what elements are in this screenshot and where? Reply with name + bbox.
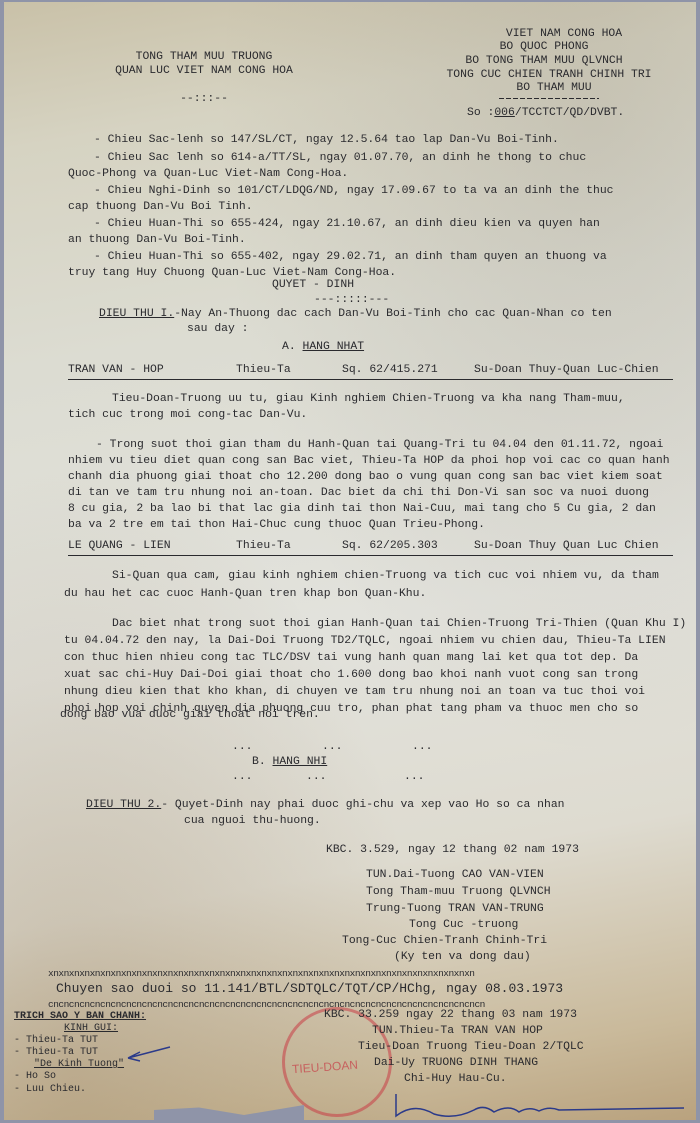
article-1: DIEU THU I.-Nay An-Thuong dac cach Dan-V…	[99, 309, 612, 320]
recipient-1-unit: Su-Doan Thuy-Quan Luc-Chien	[474, 365, 659, 376]
signature-2-line: Chi-Huy Hau-Cu.	[404, 1074, 507, 1085]
header-right-line5: BO THAM MUU	[464, 83, 644, 94]
signature-2-line: TUN.Thieu-Ta TRAN VAN HOP	[372, 1026, 543, 1037]
header-divider	[499, 98, 599, 99]
recipient-2-name: LE QUANG - LIEN	[68, 541, 171, 552]
recipient-1-underline	[68, 379, 673, 380]
recipient-1-para2: chanh dia phuong giai thoat cho 12.200 d…	[68, 472, 663, 483]
distribution-heading: TRICH SAO Y BAN CHANH:	[14, 1012, 146, 1022]
copy-note: Chuyen sao duoi so 11.141/BTL/SDTQLC/TQT…	[56, 982, 563, 995]
recipient-1-para1: Tieu-Doan-Truong uu tu, giau Kinh nghiem…	[112, 394, 625, 405]
section-b-dots: ...	[306, 772, 327, 783]
recipient-1-service-no: Sq. 62/415.271	[342, 365, 438, 376]
signature-1-line: Tong Cuc -truong	[409, 920, 518, 931]
article-1-label: DIEU THU I.	[99, 308, 174, 320]
preamble-line: cap thuong Dan-Vu Boi Tinh.	[68, 202, 253, 213]
recipient-2-service-no: Sq. 62/205.303	[342, 541, 438, 552]
document-page: TONG THAM MUU TRUONG QUAN LUC VIET NAM C…	[4, 2, 696, 1120]
section-b-dots: ...	[232, 742, 253, 753]
section-b: B. HANG NHI	[252, 757, 327, 768]
separator-x: xnxnxnxnxnxnxnxnxnxnxnxnxnxnxnxnxnxnxnxn…	[48, 969, 696, 979]
signature-1-line: Tong Tham-muu Truong QLVNCH	[366, 887, 551, 898]
header-right-line2: BO QUOC PHONG	[444, 42, 644, 53]
signature-1-place-date: KBC. 3.529, ngay 12 thang 02 nam 1973	[326, 845, 579, 856]
signature-2-line: Dai-Uy TRUONG DINH THANG	[374, 1058, 538, 1069]
signature-1-line: (Ky ten va dong dau)	[394, 952, 531, 963]
article-1-text2: sau day :	[187, 324, 249, 335]
recipient-2-rank: Thieu-Ta	[236, 541, 291, 552]
recipient-1-para2: nhiem vu tieu diet quan cong san Bac vie…	[68, 456, 670, 467]
recipient-1-para2: 8 cu gia, 2 ba lao bi that lac gia dinh …	[68, 504, 656, 515]
section-b-dots: ...	[412, 742, 433, 753]
preamble-line: Quoc-Phong va Quan-Luc Viet-Nam Cong-Hoa…	[68, 169, 348, 180]
article-2-label: DIEU THU 2.	[86, 799, 161, 811]
section-a-title: HANG NHAT	[303, 341, 365, 353]
distribution-item: "De Kinh Tuong"	[34, 1060, 124, 1070]
signature-1-line: Tong-Cuc Chien-Tranh Chinh-Tri	[342, 936, 547, 947]
distribution-item: - Thieu-Ta TUT	[14, 1036, 98, 1046]
decision-ornament: ---:::::---	[314, 295, 389, 306]
preamble-line: truy tang Huy Chuong Quan-Luc Viet-Nam C…	[68, 268, 396, 279]
recipient-2-para2: con thuc hien nhieu cong tac TLC/DSV tai…	[64, 653, 638, 664]
recipient-1-name: TRAN VAN - HOP	[68, 365, 164, 376]
handwritten-signature-icon	[384, 1092, 684, 1122]
recipient-2-para2: Dac biet nhat trong suot thoi gian Hanh-…	[112, 619, 686, 630]
recipient-2-para2: tu 04.04.72 den nay, la Dai-Doi Truong T…	[64, 636, 666, 647]
section-a-prefix: A.	[282, 341, 296, 353]
recipient-2-underline	[68, 555, 673, 556]
signature-1-line: Trung-Tuong TRAN VAN-TRUNG	[366, 904, 544, 915]
distribution-item: - Luu Chieu.	[14, 1085, 86, 1095]
header-left-line2: QUAN LUC VIET NAM CONG HOA	[94, 66, 314, 77]
signature-2-place-date: KBC. 33.259 ngay 22 thang 03 nam 1973	[324, 1010, 577, 1021]
decision-title: QUYET - DINH	[272, 280, 354, 291]
distribution-subheading: KINH GUI:	[64, 1024, 118, 1034]
preamble-line: - Chieu Huan-Thi so 655-424, ngay 21.10.…	[94, 219, 600, 230]
header-right-line1: VIET NAM CONG HOA	[464, 29, 664, 40]
torn-corner	[154, 1100, 304, 1123]
header-left-ornament: --:::--	[164, 94, 244, 105]
article-2-text2: cua nguoi thu-huong.	[184, 816, 321, 827]
ref-suffix: /TCCTCT/QD/DVBT.	[515, 107, 624, 119]
reference-number: So :006/TCCTCT/QD/DVBT.	[467, 108, 624, 119]
preamble-line: an thuong Dan-Vu Boi-Tinh.	[68, 235, 246, 246]
header-right-line3: BO TONG THAM MUU QLVNCH	[434, 56, 654, 67]
signature-1-line: TUN.Dai-Tuong CAO VAN-VIEN	[366, 870, 544, 881]
recipient-1-para1: tich cuc trong moi cong-tac Dan-Vu.	[68, 410, 307, 421]
preamble-line: - Chieu Sac-lenh so 147/SL/CT, ngay 12.5…	[94, 135, 559, 146]
preamble-line: - Chieu Sac lenh so 614-a/TT/SL, ngay 01…	[94, 153, 586, 164]
section-b-dots: ...	[404, 772, 425, 783]
recipient-2-para2: nhung dieu kien that kho khan, di chuyen…	[64, 687, 645, 698]
header-right-line4: TONG CUC CHIEN TRANH CHINH TRI	[424, 70, 674, 81]
distribution-item: - Ho So	[14, 1072, 56, 1082]
recipient-1-para2: di tan ve tam tru nhung noi an-toan. Dac…	[68, 488, 649, 499]
recipient-2-para2: dong bao vua duoc giai thoat noi tren.	[60, 710, 320, 721]
section-b-dots: ...	[322, 742, 343, 753]
preamble-line: - Chieu Nghi-Dinh so 101/CT/LDQG/ND, nga…	[94, 186, 614, 197]
article-1-text: -Nay An-Thuong dac cach Dan-Vu Boi-Tinh …	[174, 308, 611, 320]
recipient-2-unit: Su-Doan Thuy Quan Luc Chien	[474, 541, 659, 552]
recipient-2-para1: du hau het cac cuoc Hanh-Quan tren khap …	[64, 589, 426, 600]
ref-label: So :	[467, 107, 494, 119]
recipient-1-para2: ba va 2 tre em tai thon Hai-Chuc cung th…	[68, 520, 485, 531]
pen-arrow-icon	[122, 1044, 172, 1064]
signature-2-line: Tieu-Doan Truong Tieu-Doan 2/TQLC	[358, 1042, 584, 1053]
recipient-1-rank: Thieu-Ta	[236, 365, 291, 376]
recipient-2-para1: Si-Quan qua cam, giau kinh nghiem chien-…	[112, 571, 659, 582]
distribution-item: - Thieu-Ta TUT	[14, 1048, 98, 1058]
recipient-1-para2: - Trong suot thoi gian tham du Hanh-Quan…	[96, 440, 663, 451]
section-b-dots: ...	[232, 772, 253, 783]
article-2-text: - Quyet-Dinh nay phai duoc ghi-chu va xe…	[161, 799, 564, 811]
header-left-line1: TONG THAM MUU TRUONG	[104, 52, 304, 63]
ref-number: 006	[494, 107, 515, 119]
section-b-title: HANG NHI	[273, 756, 328, 768]
preamble-line: - Chieu Huan-Thi so 655-402, ngay 29.02.…	[94, 252, 607, 263]
section-b-prefix: B.	[252, 756, 266, 768]
recipient-2-para2: xuat sac chi-Huy Dai-Doi giai thoat cho …	[64, 670, 638, 681]
article-2: DIEU THU 2.- Quyet-Dinh nay phai duoc gh…	[86, 800, 565, 811]
section-a: A. HANG NHAT	[282, 342, 364, 353]
